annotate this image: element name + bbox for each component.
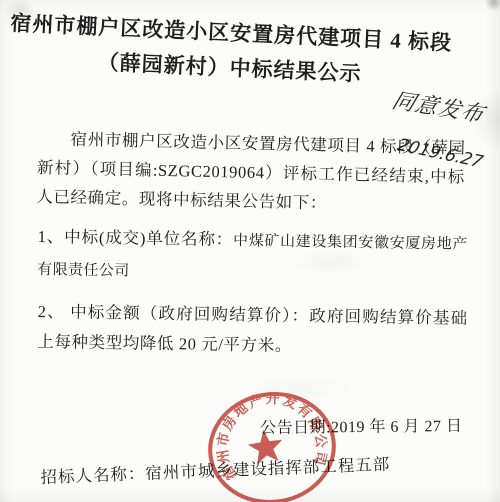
scanned-document-page: 宿州市棚户区改造小区安置房代建项目 4 标段 （薛园新村）中标结果公示 同意发布… — [0, 0, 500, 502]
result-item-amount: 2、 中标金额（政府回购结算价）：政府回购结算价基础上每种类型均降低 20 元/… — [37, 297, 468, 363]
stamp-star-icon — [246, 427, 285, 465]
item-2-label: 2、 中标金额（政府回购结算价）： — [38, 302, 310, 325]
official-red-stamp: 宿州市房地产开发有限公司 — [206, 391, 338, 502]
stamp-group: 宿州市房地产开发有限公司 — [206, 391, 338, 502]
result-item-winner: 1、中标(成交)单位名称：中煤矿山建设集团安徽安厦房地产有限责任公司 — [37, 222, 468, 292]
document-title: 宿州市棚户区改造小区安置房代建项目 4 标段 （薛园新村）中标结果公示 — [0, 5, 482, 98]
item-1-label: 1、中标(成交)单位名称： — [38, 227, 234, 249]
intro-paragraph: 宿州市棚户区改造小区安置房代建项目 4 标段（薛园新村）（项目编:SZGC201… — [36, 124, 466, 221]
handwritten-approval-text: 同意发布 — [389, 84, 500, 134]
